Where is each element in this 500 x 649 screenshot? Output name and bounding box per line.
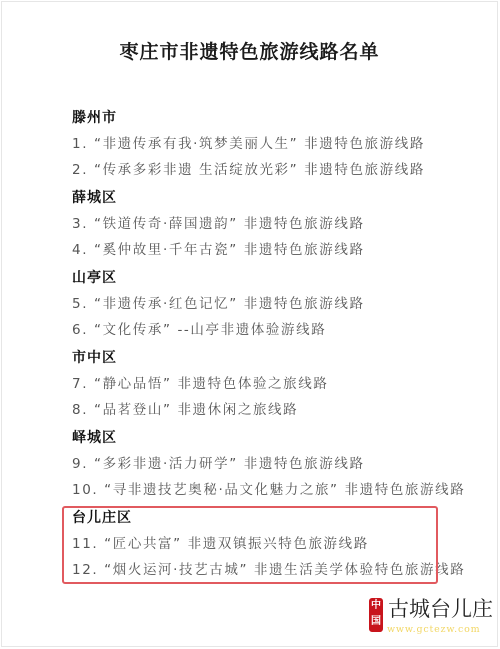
route-item: 6. “文化传承” --山亭非遗体验游线路 [72, 317, 472, 343]
section-xuecheng: 薛城区 3. “铁道传奇·薛国遗韵” 非遗特色旅游线路 4. “奚仲故里·千年古… [72, 185, 472, 263]
seal-bottom-char: 国 [369, 614, 383, 630]
document-title: 枣庄市非遗特色旅游线路名单 [2, 40, 497, 64]
section-yicheng: 峄城区 9. “多彩非遗·活力研学” 非遗特色旅游线路 10. “寻非遗技艺奥秘… [72, 425, 472, 503]
section-tengzhou: 滕州市 1. “非遗传承有我·筑梦美丽人生” 非遗特色旅游线路 2. “传承多彩… [72, 105, 472, 183]
route-item: 2. “传承多彩非遗 生活绽放光彩” 非遗特色旅游线路 [72, 157, 472, 183]
watermark-name: 古城台儿庄 [388, 596, 493, 622]
route-item: 3. “铁道传奇·薛国遗韵” 非遗特色旅游线路 [72, 211, 472, 237]
district-heading: 薛城区 [72, 185, 472, 211]
district-heading: 峄城区 [72, 425, 472, 451]
section-shizhong: 市中区 7. “静心品悟” 非遗特色体验之旅线路 8. “品茗登山” 非遗休闲之… [72, 345, 472, 423]
district-heading: 滕州市 [72, 105, 472, 131]
route-item: 7. “静心品悟” 非遗特色体验之旅线路 [72, 371, 472, 397]
route-item: 9. “多彩非遗·活力研学” 非遗特色旅游线路 [72, 451, 472, 477]
route-item: 4. “奚仲故里·千年古瓷” 非遗特色旅游线路 [72, 237, 472, 263]
seal-top-char: 中 [369, 598, 383, 614]
route-item: 1. “非遗传承有我·筑梦美丽人生” 非遗特色旅游线路 [72, 131, 472, 157]
route-item: 5. “非遗传承·红色记忆” 非遗特色旅游线路 [72, 291, 472, 317]
route-item: 10. “寻非遗技艺奥秘·品文化魅力之旅” 非遗特色旅游线路 [72, 477, 472, 503]
seal-icon: 中 国 [369, 598, 383, 632]
section-shanting: 山亭区 5. “非遗传承·红色记忆” 非遗特色旅游线路 6. “文化传承” --… [72, 265, 472, 343]
district-heading: 山亭区 [72, 265, 472, 291]
district-heading: 市中区 [72, 345, 472, 371]
route-item: 8. “品茗登山” 非遗休闲之旅线路 [72, 397, 472, 423]
watermark-logo: 中 国 古城台儿庄 www.gctezw.com [369, 596, 494, 644]
watermark-url: www.gctezw.com [387, 624, 480, 635]
highlight-box-taierzhuang [62, 506, 438, 584]
